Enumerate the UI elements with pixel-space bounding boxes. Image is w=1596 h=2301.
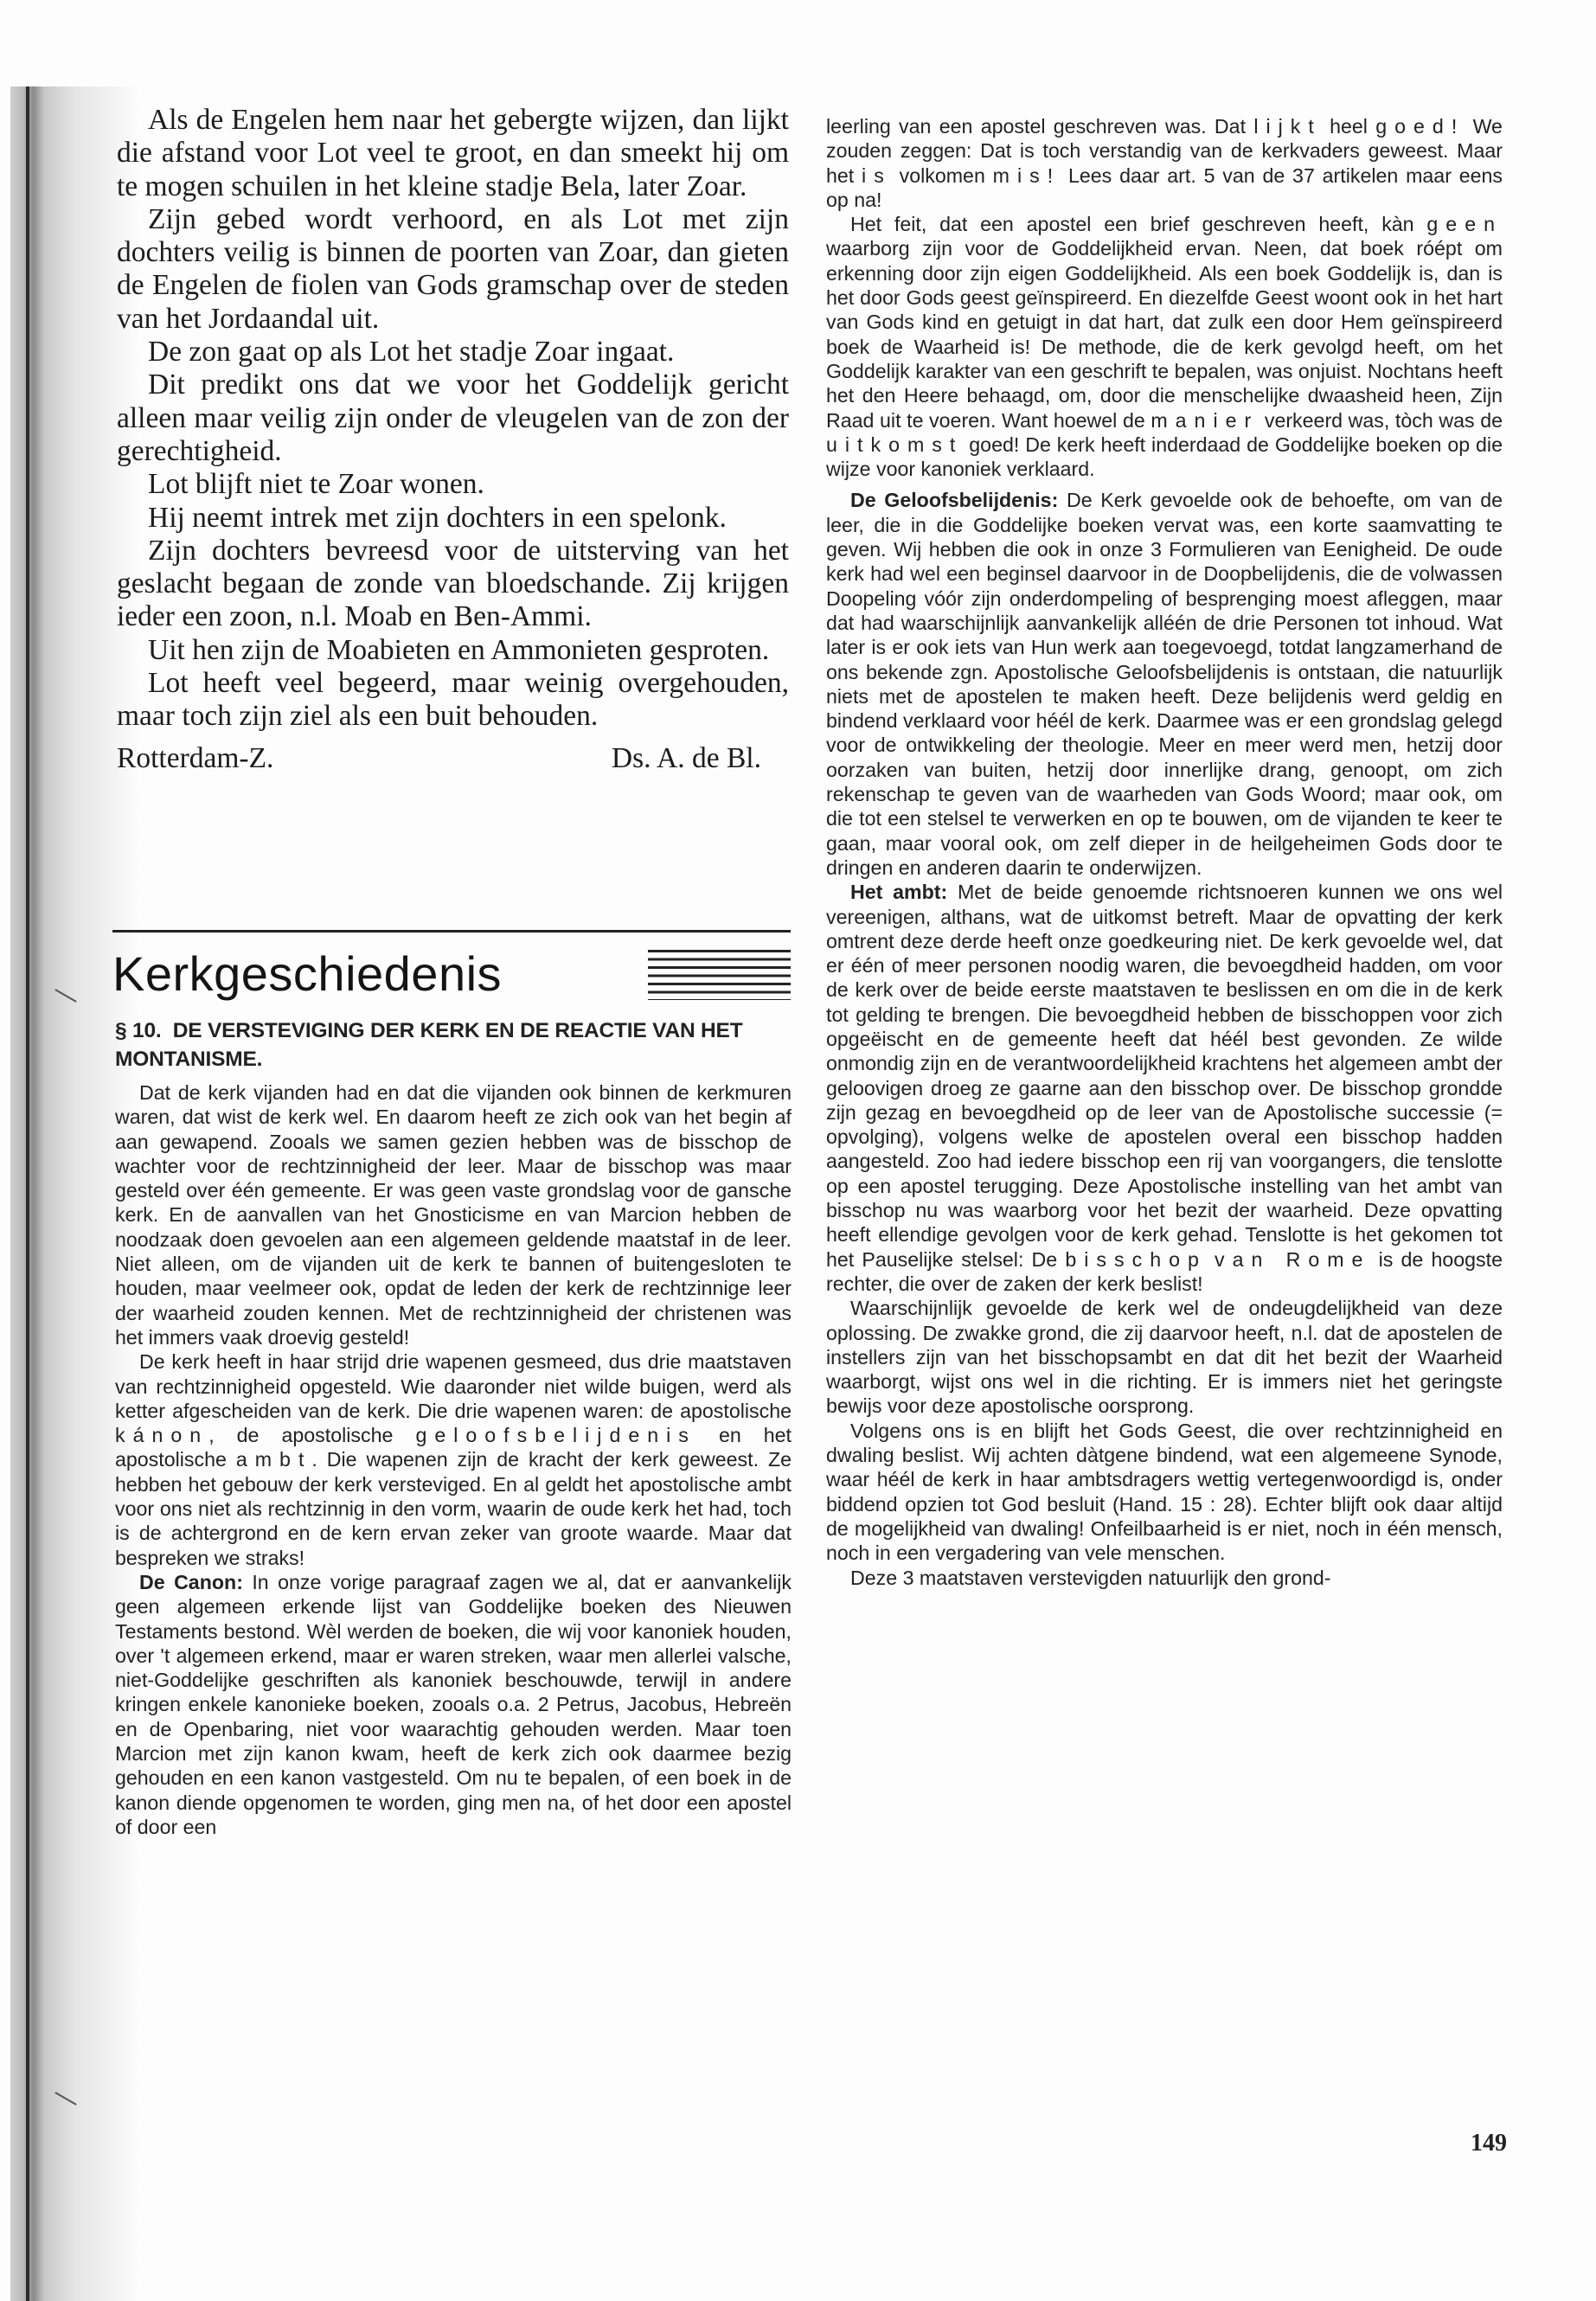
text-run: volkomen bbox=[900, 164, 985, 187]
sermon-paragraph: Dit predikt ons dat we voor het Goddelij… bbox=[117, 369, 789, 468]
emphasis-ambt: ambt bbox=[236, 1448, 312, 1471]
text-run: waarborg zijn voor de Goddelijkheid erva… bbox=[826, 237, 1503, 431]
closing-paragraph: Volgens ons is en blijft het Gods Geest,… bbox=[826, 1419, 1503, 1566]
office-paragraph: Het ambt: Met de beide genoemde richtsno… bbox=[826, 880, 1503, 1296]
paragraph-heading: § 10. DE VERSTEVIGING DER KERK EN DE REA… bbox=[115, 1016, 792, 1074]
binding-edge-line bbox=[26, 87, 29, 2301]
paragraph-heading-text: DE VERSTEVIGING DER KERK EN DE REACTIE V… bbox=[115, 1019, 742, 1071]
section-title: Kerkgeschiedenis bbox=[112, 945, 502, 1002]
emphasis-geen: geen bbox=[1426, 213, 1503, 235]
text-run: verkeerd was, tòch was de bbox=[1265, 409, 1503, 432]
emphasis-belijdenis: geloofsbelijdenis bbox=[415, 1424, 695, 1446]
section-header: Kerkgeschiedenis bbox=[112, 943, 791, 1003]
weapons-paragraph: De kerk heeft in haar strijd drie wapene… bbox=[115, 1349, 792, 1570]
office-lead: Het ambt: bbox=[850, 881, 947, 903]
creed-lead: De Geloofsbelijdenis: bbox=[850, 489, 1058, 511]
church-history-column-right: leerling van een apostel geschreven was.… bbox=[826, 114, 1503, 1590]
text-run: De Kerk gevoelde ook de behoefte, om van… bbox=[826, 489, 1503, 878]
signature-place: Rotterdam-Z. bbox=[117, 742, 273, 775]
canon-lead: De Canon: bbox=[139, 1571, 243, 1593]
creed-paragraph: De Geloofsbelijdenis: De Kerk gevoelde o… bbox=[826, 488, 1503, 880]
sermon-paragraph: Als de Engelen hem naar het gebergte wij… bbox=[117, 104, 789, 203]
page-number: 149 bbox=[1471, 2130, 1507, 2157]
sermon-paragraph: Zijn dochters bevreesd voor de uitstervi… bbox=[117, 535, 789, 634]
emphasis-manier: manier bbox=[1151, 409, 1259, 432]
signature-author: Ds. A. de Bl. bbox=[612, 742, 761, 775]
church-history-column-left: § 10. DE VERSTEVIGING DER KERK EN DE REA… bbox=[115, 1016, 792, 1839]
section-divider bbox=[112, 930, 791, 933]
sermon-paragraph: Uit hen zijn de Moabieten en Ammonieten … bbox=[117, 634, 789, 667]
emphasis-goed: goed! bbox=[1375, 115, 1465, 138]
sermon-paragraph: Zijn gebed wordt verhoord, en als Lot me… bbox=[117, 203, 789, 336]
sermon-paragraph: Hij neemt intrek met zijn dochters in ee… bbox=[117, 502, 789, 535]
text-run: In onze vorige paragraaf zagen we al, da… bbox=[115, 1571, 792, 1838]
text-run: leerling van een apostel geschreven was.… bbox=[826, 115, 1246, 138]
sermon-paragraph: Lot blijft niet te Zoar wonen. bbox=[117, 468, 789, 501]
text-run: , de apostolische bbox=[208, 1424, 393, 1446]
sermon-column: Als de Engelen hem naar het gebergte wij… bbox=[117, 104, 789, 775]
canon-continued: leerling van een apostel geschreven was.… bbox=[826, 114, 1503, 212]
closing-paragraph: Deze 3 maatstaven verstevigden natuurlij… bbox=[826, 1566, 1503, 1590]
text-run: De kerk heeft in haar strijd drie wapene… bbox=[115, 1350, 792, 1422]
closing-paragraph: Waarschijnlijk gevoelde de kerk wel de o… bbox=[826, 1296, 1503, 1418]
canon-paragraph: De Canon: In onze vorige paragraaf zagen… bbox=[115, 1570, 792, 1839]
emphasis-lijkt: lijkt bbox=[1253, 115, 1322, 138]
text-run: heel bbox=[1330, 115, 1368, 138]
sermon-paragraph: De zon gaat op als Lot het stadje Zoar i… bbox=[117, 336, 789, 369]
emphasis-kanon: kánon bbox=[115, 1424, 208, 1446]
fact-paragraph: Het feit, dat een apostel een brief gesc… bbox=[826, 212, 1503, 481]
emphasis-van-rome: van Rome bbox=[1215, 1248, 1370, 1271]
decorative-rules bbox=[648, 950, 791, 1000]
text-run: Het feit, dat een apostel een brief gesc… bbox=[850, 213, 1414, 235]
sermon-paragraph: Lot heeft veel begeerd, maar weinig over… bbox=[117, 667, 789, 734]
emphasis-uitkomst: uitkomst bbox=[826, 433, 963, 456]
signature: Rotterdam-Z. Ds. A. de Bl. bbox=[117, 742, 789, 775]
paragraph-number: § 10. bbox=[115, 1019, 162, 1042]
body-paragraph: Dat de kerk vijanden had en dat die vija… bbox=[115, 1080, 792, 1349]
emphasis-bisschop: bisschop bbox=[1065, 1248, 1207, 1271]
text-run: Met de beide genoemde richtsnoeren kunne… bbox=[826, 881, 1503, 1270]
emphasis-is: is bbox=[862, 164, 892, 187]
emphasis-mis: mis! bbox=[993, 164, 1061, 187]
scanned-page: Als de Engelen hem naar het gebergte wij… bbox=[0, 0, 1596, 2301]
